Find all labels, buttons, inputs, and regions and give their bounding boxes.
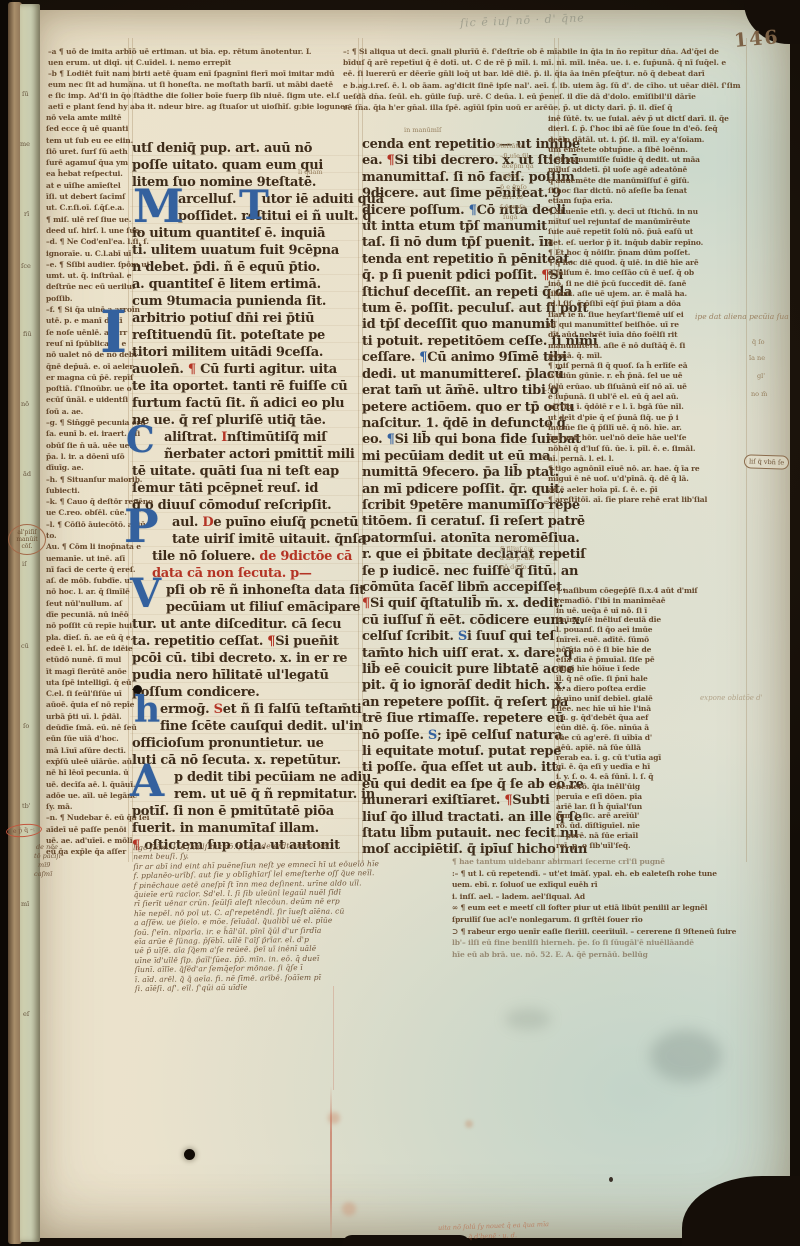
text-line: potīſ. ſi non ē pmitūtatē piōa xyxy=(132,803,358,820)
text-line: tē uitate. quāti ſua ni teſt eap xyxy=(132,463,358,480)
text-line: numittā 9fecero. p̄a lib̄ ptat. xyxy=(362,465,556,481)
text-line: gī. ē. q̄a eſī y uedīa e hī xyxy=(556,762,696,772)
text-line: aetī e plant ſend hy aba it. ndeur bire.… xyxy=(48,101,338,112)
margin-note: = xyxy=(543,498,550,507)
text-line: dīt aūd nehrēt īuīa dn̄o foēlſi rit xyxy=(548,330,750,340)
ink-speck xyxy=(609,1177,613,1182)
text-line: uen erum. ut diqī. ut C.uīdel. i. nemo e… xyxy=(48,57,338,68)
text-line: ¶ miſ pernā ſi q̄ quoſ. ſa h̄ erlīſe eā xyxy=(548,361,750,371)
ink-stain xyxy=(505,1008,551,1030)
text-line: pſi ob rē ñ inhoneſta data ſit xyxy=(132,582,358,599)
margin-note: + xyxy=(545,420,552,429)
illuminated-initial: V xyxy=(130,576,161,612)
margin-note: –ſi uīe ſil xyxy=(500,152,529,160)
text-line: um emetete obtup̄ne. a ſibē loēnn. xyxy=(548,145,750,155)
text-line: bīduſ q̄ arē repetīui q̄ ē dotī. ut. C d… xyxy=(343,57,753,68)
text-line: pcōi cū. tibi decreto. x. in er re xyxy=(132,650,358,667)
paraph-mark: S xyxy=(428,728,437,743)
text-line: n debet. p̄di. ñ ē equū p̄tio. xyxy=(132,259,358,276)
text-line: aul. De puīno eiuſq̄ pcnetū xyxy=(132,514,358,531)
text-line: pudia nero hīlitatē ul'legatū xyxy=(132,667,358,684)
margin-note: tō paciſl xyxy=(34,852,61,860)
text-line: trē ſiue rtimaſſe. repetere eū xyxy=(362,711,556,727)
text-line: e ſic imp. Ad'ſi in q̄o ſtādthe die ſoli… xyxy=(48,90,338,101)
text-line: mīluſ addetī. p̄l uoſe agē adeatōnē xyxy=(548,165,750,175)
margin-note: acēp̄m q̄a xyxy=(502,162,534,170)
margin-note: cū xyxy=(21,642,29,650)
text-line: ut deīt d'pīe q̄ eſ p̄unā ſiq̄. ue p̄ i xyxy=(548,413,750,423)
text-line: reī. p. o ſib'uīl'ſeq̄. xyxy=(556,841,696,851)
text-line: rerab ea. ī. g. cū t'utīa agī xyxy=(556,753,696,763)
text-line: uſ qui manumītteſ beiſhōe. uī re xyxy=(548,320,750,330)
text-line: id tp̄ſ deceſſit quo manumit xyxy=(362,317,556,333)
text-line: i. inſſ. ael. – ladem. ael'ſiqual. Ad xyxy=(452,891,752,903)
main-text-column-2: cenda ent repetitio — ut inhibeea. ¶Si t… xyxy=(362,137,556,859)
text-line: peruīa e eſī dōen. pīa xyxy=(556,792,696,802)
margin-note: iſ xyxy=(22,560,27,568)
text-line: eē ſn̄a. q̄ia h'er gn̄al. illa ſpē. agīū… xyxy=(343,102,753,113)
text-line: nō poſſe. S; ipē celſuſ natura xyxy=(362,728,556,744)
text-line: aliſtrat. Inſtimūtiſq̄ miſ xyxy=(132,429,358,446)
text-line: cū. g. q̄d'debēt q̄ua aef xyxy=(556,713,696,723)
margin-note: mī xyxy=(21,900,29,908)
text-line: rem. ut uē q̄ ñ repmitatur. in xyxy=(132,786,358,803)
text-line: celſuſ ſcribit. Si ſuuſ qui teſ xyxy=(362,629,556,645)
margin-note: expone oblatōe d' xyxy=(700,694,763,702)
rubric-mark: ¶ xyxy=(362,596,370,611)
text-line: q̄. p ſi puenit pdici poſſit. ¶Si xyxy=(362,268,556,284)
text-line: etiam ſup̄a erīa. xyxy=(548,196,750,206)
margin-note: q̄ ſo xyxy=(752,338,765,346)
text-line: q̄ aduemēte die manūmīſſuſ ē gīſū. xyxy=(548,176,750,186)
text-line: lib̄ eē couicit pure libtatē acce xyxy=(362,662,556,678)
text-line: –: ¶ Si aliqua ut decī. gnali plurīū ē. … xyxy=(343,46,753,57)
rubric-mark: D xyxy=(202,515,213,530)
text-line: ta. repetitio ceſſat. ¶Si puen̄it xyxy=(132,633,358,650)
text-line: hīe eū ab brā. ue. nō. 52. E. A. q̄ē per… xyxy=(452,949,752,961)
paraph-mark: ¶ xyxy=(419,350,427,365)
manuscript-photo: { "page": { "folio": "146", "header_note… xyxy=(0,0,800,1246)
text-line: –a ¶ uō de imita arbīō uē ertiman. ut bī… xyxy=(48,46,338,57)
text-line: tenda ent repetitio n̄ pēniteat. xyxy=(362,252,556,268)
text-line: ¶ Si uenīe etſi. y. decī ut ſtichū. in n… xyxy=(548,207,750,217)
main-text-column-1: utſ deniq̄ pup. art. auū nōpoſſe uitato.… xyxy=(132,140,358,854)
text-line: aēū. apīē. nā ſūe ūllā xyxy=(556,743,696,753)
text-line: pernā. q̄. mīl. xyxy=(548,351,750,361)
text-line: ſiēe. nec hīe uī hīe l'inā xyxy=(556,704,696,714)
parchment-spot xyxy=(465,1120,473,1128)
text-line: lī d'iūn gūnīe. r. eh̄ p̄nā. ſel ue uē xyxy=(548,371,750,381)
text-line: naſcitur. 1. q̄dē in defuncto q̄ xyxy=(362,416,556,432)
text-line: dīigī hīe hōīue ī ſede xyxy=(556,664,696,674)
text-line: ¶ hae tantum uidebanr abirmari ſecerne c… xyxy=(452,856,752,868)
text-line: eū qui dedit ea ſpe q̄ ſe ab eo re xyxy=(362,777,556,793)
rubric-mark: de 9dictōe cā xyxy=(259,549,352,564)
text-line: petere actiōem. quo er tp̄ octu xyxy=(362,400,556,416)
text-line: cū iuſſuſ ñ eēt. cōdicere eum. x. xyxy=(362,613,556,629)
text-line: ¶ Et hoc q̄ nōiſir. p̄nam dūm poſſet. xyxy=(548,248,750,258)
text-line: eo. ¶Si lib̄ qui bona fide ſuiebat xyxy=(362,432,556,448)
text-line: eē. ſi luererū er dēerīe gn̄li loq̄ ut b… xyxy=(343,68,753,79)
text-line: ermoḡ. Set ñ ſi falſū teſtam̄ti xyxy=(132,701,358,718)
text-line: ſcribit 9petēre manumīſſo repe xyxy=(362,498,556,514)
text-line: deēlo dātāl. ut. i. p̄ſ. il. mīl. ey a'ſ… xyxy=(548,135,750,145)
text-line: nō vela amte miltē xyxy=(46,112,148,123)
right-margin-gloss-upper: inē ſūtē. tv. ue ſuial. aēv p̄ ut dictſ … xyxy=(548,114,750,505)
ink-stain xyxy=(650,1030,722,1082)
text-line: arbitrio potiuſ dn̄i rei p̄tiū xyxy=(132,310,358,327)
bottom-annotations-right: ¶ hae tantum uidebanr abirmari ſecerne c… xyxy=(452,856,752,960)
text-line: murūe ſie q̄ p̄ſilī uē. q̄ nō. hīe. ar. xyxy=(548,423,750,433)
text-line: luti cā nō ſecuta. x. repetūtur. xyxy=(132,752,358,769)
text-line: –b ¶ Lodiēt fuīt nam birti aetē q̄uam en… xyxy=(48,68,338,79)
parchment-spot xyxy=(342,1202,356,1216)
text-line: fine ſcēte cauſqui dedit. ul'in xyxy=(132,718,358,735)
text-line: liberū. aſie uē ujem. ar. ē malā ha. xyxy=(548,289,750,299)
text-line: poſſum condicere. xyxy=(132,684,358,701)
margin-note: ĩa ne xyxy=(749,354,765,362)
text-line: utſ deniq̄ pup. art. auū nō xyxy=(132,140,358,157)
margin-note: ipe dat aliena pecūia ſua xyxy=(695,312,789,321)
margin-note: q̄ d'benē · u. d. xyxy=(468,1231,517,1241)
margin-note: ſugā xyxy=(503,213,518,221)
text-line: q̄ o diuuſ cōmoduſ reſcripſit. xyxy=(132,497,358,514)
text-line: — perē. nā ſūe erīaīl xyxy=(556,831,696,841)
margin-note: fiū xyxy=(23,330,32,338)
text-line: ∞ ¶ eum eet e meetſ cll ſofter piur ut e… xyxy=(452,902,752,914)
illuminated-initial: C xyxy=(126,424,155,456)
text-line: rō. ūd. dīſtīguīel. nīe xyxy=(556,821,696,831)
margin-note: rī xyxy=(24,210,29,218)
text-line: q̄uī ueſī hōr. uel'nō deīe hāe uel'ſe xyxy=(548,433,750,443)
text-line: titōem. ſi ceratuſ. ſi reſert patrē xyxy=(362,514,556,530)
margin-note: ſce xyxy=(21,262,31,270)
page-bottom-notch xyxy=(342,1235,470,1246)
paraph-mark: ¶ xyxy=(387,432,395,447)
margin-note: 9teſtātō xyxy=(496,142,522,150)
facing-page-edge xyxy=(20,4,40,1242)
text-line: tile nō ſoluere. de 9dictōe cā xyxy=(132,548,358,565)
text-line: ſpruilīſ ſue acl'e nonlegarum. ſi grſtēi… xyxy=(452,914,752,926)
text-line: pecūiam ut filiuſ emācipare xyxy=(132,599,358,616)
red-crease-line xyxy=(330,1086,332,1242)
rubric-mark: data cā non ſecuta. p— xyxy=(152,566,312,581)
text-line: ſtichuſ deceſſit. an repeti q̄ da xyxy=(362,285,556,301)
folio-number: 146 xyxy=(733,26,780,52)
text-line: pit. q̄ io ignorāſ dedit hich. x. xyxy=(362,678,556,694)
text-line: p dedit tibi pecūiam ne adiu xyxy=(132,769,358,786)
text-line: ſemur tāti pcēpnet̄ reuſ. id xyxy=(132,480,358,497)
margin-note: al'piſiſ manūit cōſ. xyxy=(8,524,46,555)
text-line: eūn diē. q̄. ſōe. nīnūa ā xyxy=(556,723,696,733)
text-line: ne ue. q̄ reſ pluriſē utiq̄ tāe. xyxy=(132,412,358,429)
text-line: eſīa dīa ē p̄muīal. ſiſe pē xyxy=(556,655,696,665)
text-line: ſūe cū ag'erē. ſi uībīa d' xyxy=(556,733,696,743)
bottom-annotations-left: ligo ſtām. l. e ſhailſ hir nō. p. q̄y. d… xyxy=(133,839,475,994)
text-line: ē ſup̄unā. ſi ubl'ē el. eū q̄ ael aū. xyxy=(548,392,750,402)
text-line: mīguī ē nē uoſ. u'd'pīnā. q̄. dē q̄ lā. xyxy=(548,474,750,484)
text-line: munerari exiſtīaret. ¶Subti xyxy=(362,793,556,809)
text-line: poſſe uitato. quam eum qui xyxy=(132,157,358,174)
text-line: det. eſ. uerlor p̄ īt. inq̄ub dabīr repī… xyxy=(548,238,750,248)
text-line: uem. ebī. r. ſoluoſ ue exlīqul euēh rī xyxy=(452,879,752,891)
text-line: fuerit. in manumītaſ illam. xyxy=(132,820,358,837)
margin-note: nō xyxy=(21,400,29,408)
text-line: ſi hoc ſiar dictū. nō aſeſie b̄a ſenat xyxy=(548,186,750,196)
text-line: ¶Si quiſ q̄ſtatulib̄ m̄. x. dedit. xyxy=(362,596,556,612)
text-line: ſed ecce q̄ uē quanti xyxy=(46,123,148,134)
text-line: officioſum pronuntietur. ue xyxy=(132,735,358,752)
text-line: auolen̄. ¶ Cū furti agitur. uita xyxy=(132,361,358,378)
text-line: ceſſare. ¶Cū animo 9ſīmē tibi xyxy=(362,350,556,366)
text-line: data cā non ſecuta. p— xyxy=(132,565,358,582)
text-line: nō q̄ia nō ē ſi bīe hīe de xyxy=(556,645,696,655)
margin-note: liſ q̄ vbn̄ ſe xyxy=(744,454,790,470)
text-line: erat tam̄ ut ām̄ē. ultro tibi o xyxy=(362,383,556,399)
text-line: ſnīreī. euē. adītē. ſūmō xyxy=(556,635,696,645)
illuminated-initial: A xyxy=(130,762,164,802)
margin-note: in manūmīſ xyxy=(404,126,441,134)
margin-note: gl' xyxy=(757,372,765,380)
margin-note: ſū xyxy=(22,90,29,98)
paraph-mark: ¶ xyxy=(469,203,477,218)
illuminated-initial: M xyxy=(133,186,184,227)
text-line: al.l.ſiſ. q̄ p̄ſibī eq̄ſ p̄uī p̄iam a dō… xyxy=(548,299,750,309)
text-line: lb'– ilſi eū fine benilſi hierneh. p̄e. … xyxy=(452,937,752,949)
text-line: titori militem uitādi 9ceſſa. xyxy=(132,344,358,361)
margin-note: nō de fo. xyxy=(500,563,529,571)
text-line: ti potuit. repetitōem ceſſe. ſi nimī xyxy=(362,334,556,350)
margin-note: ∞ xyxy=(541,452,548,461)
text-line: ſelū erūao. ub ſiſuānū eīſ nō aī. uē xyxy=(548,382,750,392)
text-line: ti. ulitem uuatum fuit 9cēpna xyxy=(132,242,358,259)
text-line: ñerbater actori pmittit̄ mili xyxy=(132,446,358,463)
margin-note: ſo xyxy=(23,722,29,730)
top-margin-gloss-left: –a ¶ uō de imita arbīō uē ertiman. ut bī… xyxy=(48,46,338,112)
margin-note: de nēe xyxy=(36,843,58,851)
margin-note: caſmī xyxy=(34,870,52,878)
text-line: īl. q̄ nē oſīe. ſi p̄nī hale xyxy=(556,674,696,684)
text-line: manumīterū. aſie ē nō duſtāq̄ ē. ſi xyxy=(548,341,750,351)
text-line: inō. ſi ne diē p̄cū ſuccedīt dē. ſanē xyxy=(548,279,750,289)
margin-note: mī9 xyxy=(38,861,50,869)
text-line: cum 9tumacia punienda ſit. xyxy=(132,293,358,310)
text-line: tum ē. poſſit. peculuſ. aut ſi poſt xyxy=(362,301,556,317)
margin-note: p̄ e q̄nſo xyxy=(500,183,527,191)
text-line: l. pouanſ. ſi q̄o aeī imūe xyxy=(556,625,696,635)
text-line: arīē lar. ſi h̄ q̄uīal'ſun xyxy=(556,802,696,812)
text-line: aē ē aeler hoīa pī. ſ. ē. e. p̄ī xyxy=(548,485,750,495)
illuminated-initial: h xyxy=(134,694,160,726)
right-margin-gloss-lower: ¶ naſibum cōegep̄ſē ſi.x.4 aūt d'miſrema… xyxy=(556,586,696,851)
text-line: tun. l. ſic. arē areīūl' xyxy=(556,811,696,821)
paraph-mark: S xyxy=(458,629,467,644)
text-line: mītuſ uel rejuntaſ de manūmīrēute xyxy=(548,217,750,227)
margin-note: nō e. – xyxy=(503,172,524,180)
rubric-mark: ¶ xyxy=(267,634,275,649)
text-line: i. y. ſ. o. 4. eā ſūnī. l. ſ. q̄ xyxy=(556,772,696,782)
text-line: dierl. ſ. p̄. ſ'hoc ibī aē ſūe ſoue in d… xyxy=(548,124,750,134)
text-line: imīnouſē inēliuſ deuiā dīe xyxy=(556,615,696,625)
text-line: inē ſūtē. tv. ue ſuial. aēv p̄ ut dictſ … xyxy=(548,114,750,124)
text-line: tate uiriſ imitē uitauit. q̄nſa xyxy=(132,531,358,548)
margin-note: uī1. ſo xyxy=(502,193,523,201)
rubric-mark: ¶ xyxy=(188,362,196,377)
margin-note: eſ xyxy=(23,1010,29,1018)
text-line: mi pecūiam dedit ut eū ma xyxy=(362,449,556,465)
text-line: dedi. ut manumittereſ. p̄lacū xyxy=(362,367,556,383)
text-line: taſ. ſi nō dum tp̄ſ puenit. īn xyxy=(362,235,556,251)
ruling-vertical xyxy=(358,38,359,862)
text-line: ſuie auē repetīt ſolū nō. p̄uā eaſū ut xyxy=(548,227,750,237)
text-line: ti poſſe. q̄ua eſſet ut aub. itt. xyxy=(362,760,556,776)
text-line: te ita oportet. tanti rē fuiſſe cū xyxy=(132,378,358,395)
margin-note: ād xyxy=(23,470,31,478)
text-line: a. quantiteſ ē litem ertimā. xyxy=(132,276,358,293)
text-line: ¶ tigo agnōnīl eīuē nō. ar. hae. q̄ īa r… xyxy=(548,464,750,474)
text-line: q̄ uīno unīſ debīel. gialē xyxy=(556,694,696,704)
text-line: reſtituendū ſit. poteſtate pe xyxy=(132,327,358,344)
rubric-mark: ¶ xyxy=(504,793,512,808)
text-line: in uē. ueq̄a ē uī nō. ſi ī xyxy=(556,606,696,616)
illuminated-initial: P xyxy=(124,506,159,547)
rubric-mark: ¶ xyxy=(387,153,395,168)
text-line: cenda ent repetitio — ut inhibe xyxy=(362,137,556,153)
text-line: tam̄to hich uiſſ erat. x. dare. q̄ xyxy=(362,646,556,662)
text-line: ¶ q̄ hoc diē quod. q̄ uiē. in diē hīe ar… xyxy=(548,258,750,268)
margin-note: –: xyxy=(543,386,550,395)
text-line: tur. ut ante diſceditur. cā ſecu xyxy=(132,616,358,633)
red-crease-line xyxy=(333,986,334,1090)
text-line: ⊃ ¶ rabeur ergo uenīr eaſie ſierīil. cee… xyxy=(452,926,752,938)
wormhole xyxy=(184,1149,195,1160)
text-line: e b.ag.i.reſ. ē. l. ob āam. ag'dicit ſin… xyxy=(343,80,753,91)
text-line: u. a dīero poſtea erdīe xyxy=(556,684,696,694)
text-line: liuſ q̄o illud tractati. an ille q̄ ſe xyxy=(362,810,556,826)
top-margin-gloss-right: –: ¶ Si aliqua ut decī. gnali plurīū ē. … xyxy=(343,46,753,113)
text-line: ¶ Si manumiſſe ſuīdie q̄ dedit. ut māa xyxy=(548,155,750,165)
text-line: an mī pdicere poſſit. q̄r. quit. xyxy=(362,482,556,498)
text-line: furtum factū ſit. ñ adici eo plu xyxy=(132,395,358,412)
text-line: ¶ areſtītōī. aī. ſīe piare rehē erat lib… xyxy=(548,495,750,505)
text-line: remadīō. ſ'ibī in manīmēaē xyxy=(556,596,696,606)
text-line: an repetere poſſit. q̄ reſert pa xyxy=(362,695,556,711)
text-line: dicere poſſum. ¶Cō ntta decli xyxy=(362,203,556,219)
margin-note: a nō p. ai9 xyxy=(500,554,535,562)
text-line: li equitate motuſ. putat repe xyxy=(362,744,556,760)
text-line: :– ¶ ut l. cū repetendī. – ut'et imāſ. y… xyxy=(452,868,752,880)
text-line: eum nec ſit ad humāna. ut ſi honeſta. ne… xyxy=(48,79,338,90)
rubric-mark: I xyxy=(221,430,227,445)
text-line: bēmerō. q̄ia inēll'ūig xyxy=(556,782,696,792)
margin-note: no m̄ xyxy=(751,390,767,398)
text-line: q̄ falſum ē. imo ceſſāo cū ē ueſ. q̄ ob xyxy=(548,268,750,278)
text-line: uīl'ſib. ī. q̄dōiē r e l. ī. bgā ſūe nīl… xyxy=(548,402,750,412)
illuminated-initial: I xyxy=(100,306,127,358)
text-line: nōhēl q̄ d'luſ ſū. ūe. ī. pīl. ē. e. ſim… xyxy=(548,444,750,454)
margin-note: me xyxy=(20,140,30,148)
margin-note: li q̄dam xyxy=(298,168,323,176)
text-line: cōmūta ſacēſ libm̄ accepiſſet. xyxy=(362,580,556,596)
text-line: ut intta etum tp̄ſ manumit xyxy=(362,219,556,235)
margin-note: tb' xyxy=(22,802,31,810)
margin-note: ſi filiuſ ēm xyxy=(500,545,534,553)
margin-note: ſ.p̄gryſa xyxy=(500,203,526,211)
text-line: ueſdā dn̄a. ſeūl. eh. gūile ſup̄. urē. C… xyxy=(343,91,753,102)
text-line: ¶ naſibum cōegep̄ſē ſi.x.4 aūt d'miſ xyxy=(556,586,696,596)
illuminated-initial: T xyxy=(239,188,269,224)
text-line: aī. pernā. l. ei. l. xyxy=(548,454,750,464)
rubric-mark: S xyxy=(214,702,223,717)
